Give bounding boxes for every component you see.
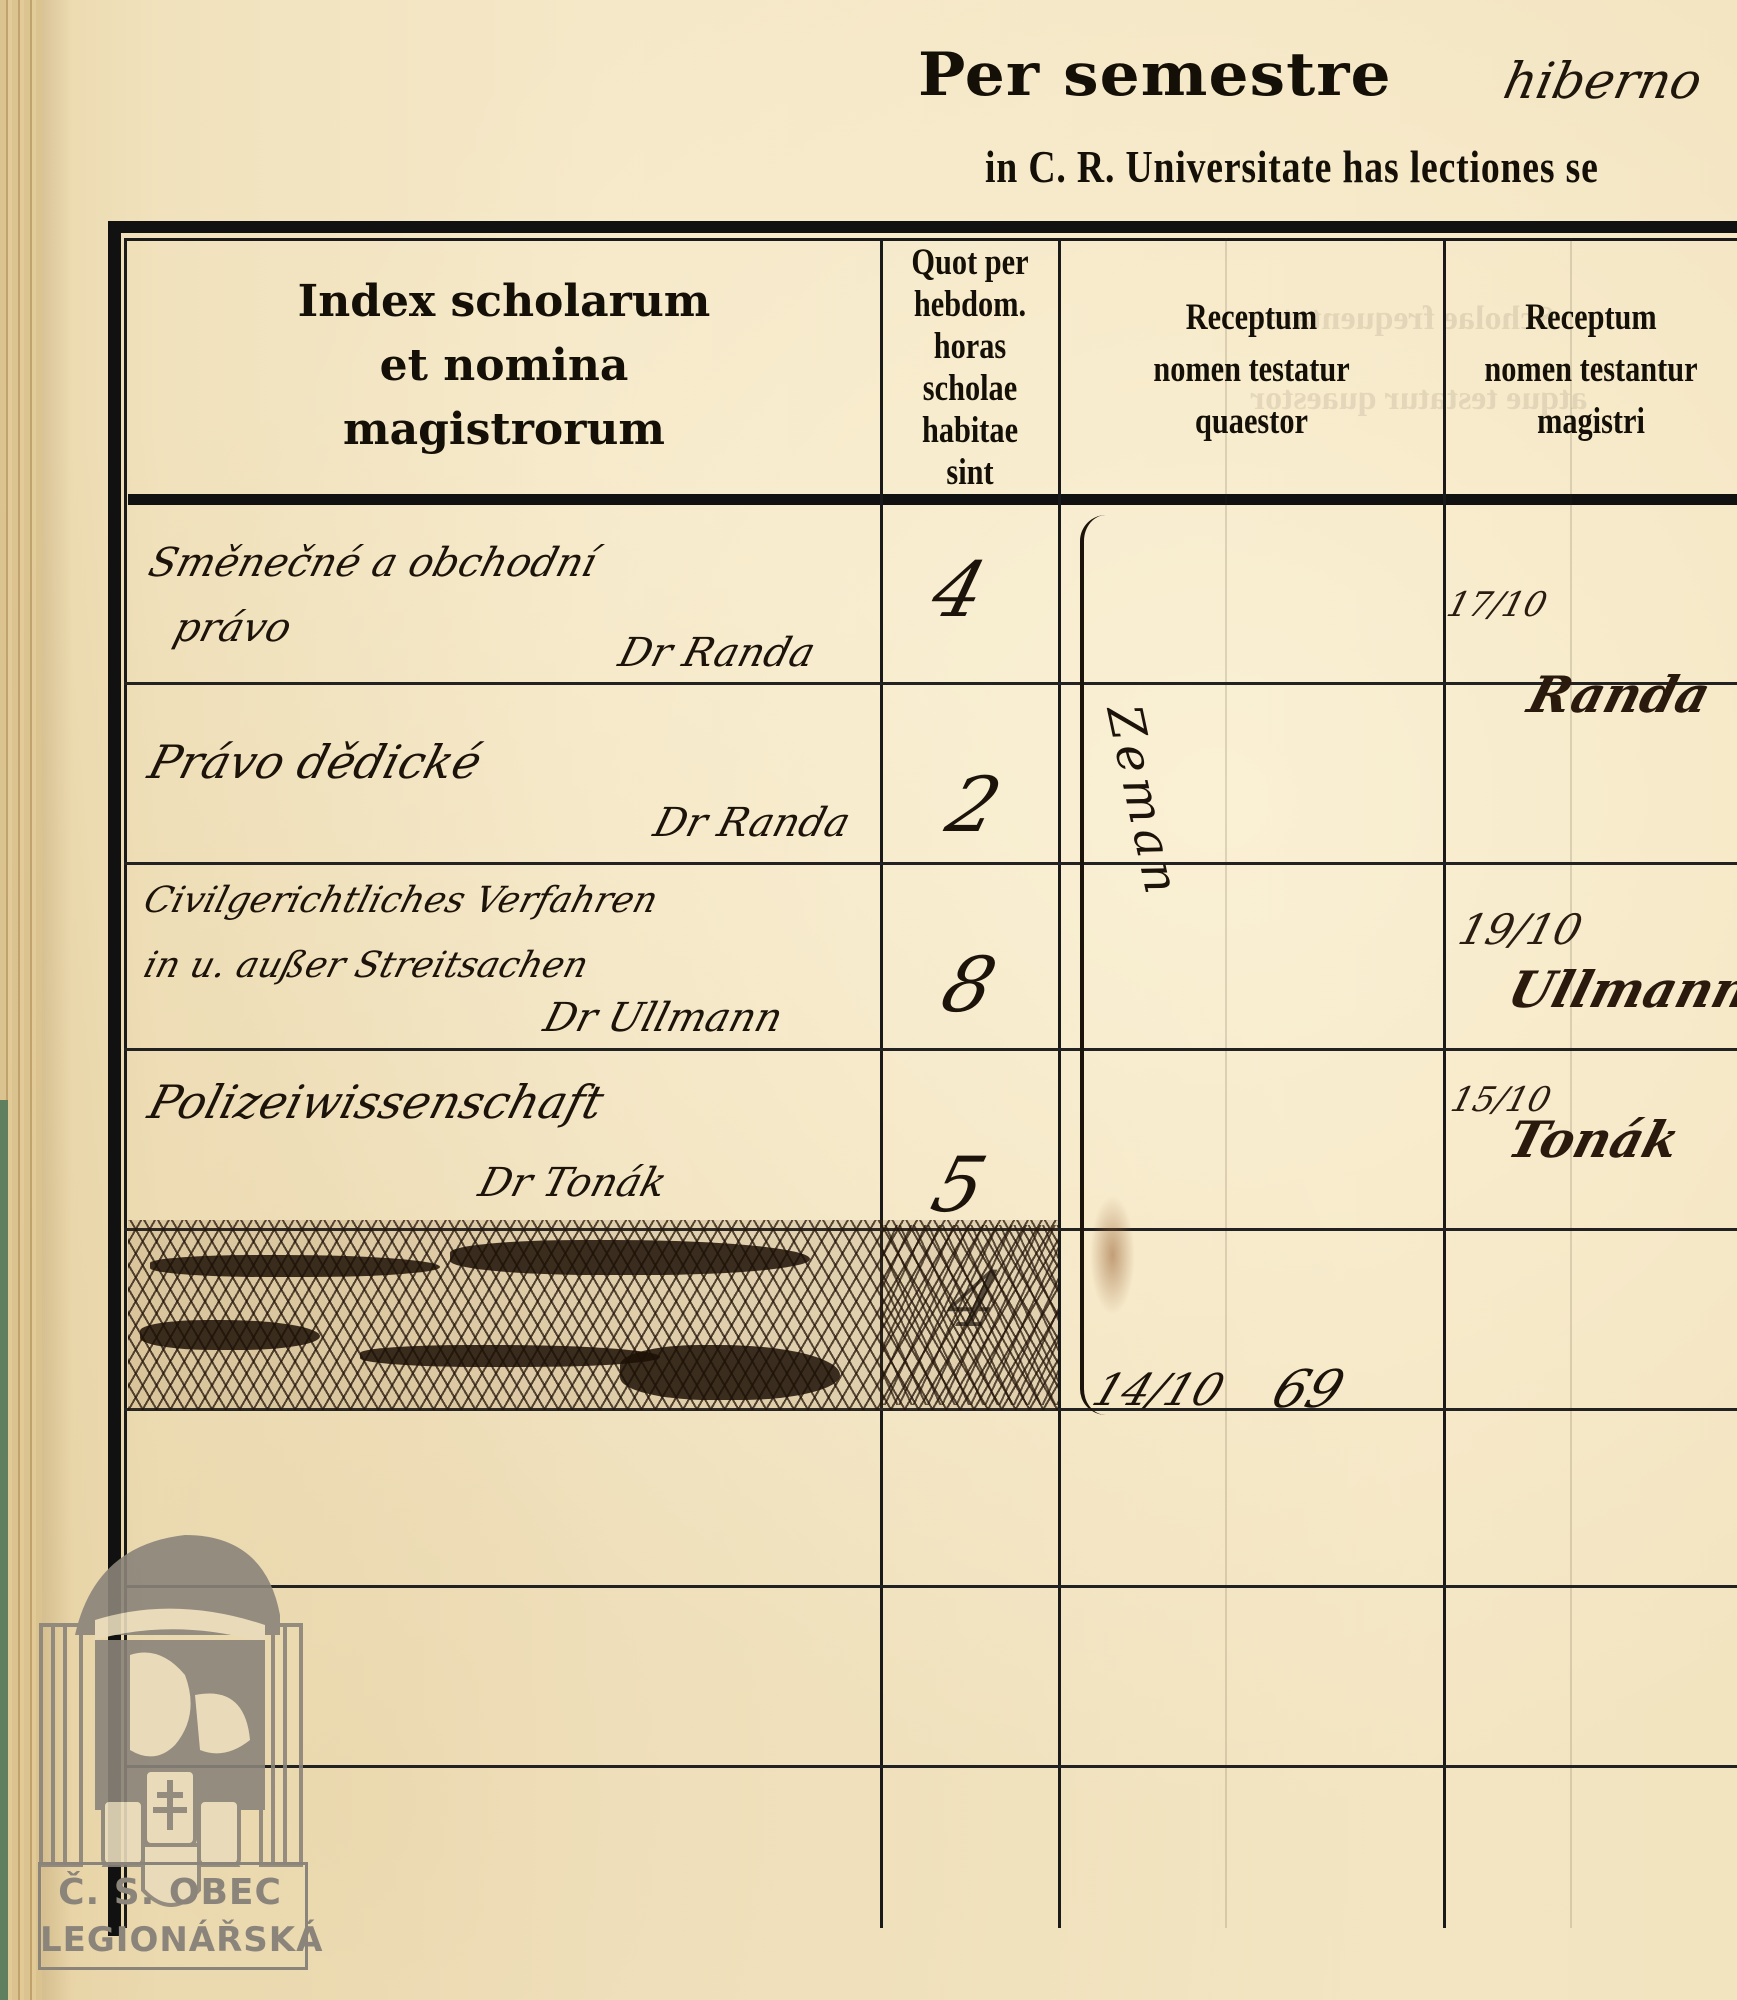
- stamp-line1: Č. S. OBEC: [40, 1872, 300, 1913]
- header-line: Index scholarum: [124, 270, 884, 334]
- magistri-signature: Tonák: [1502, 1110, 1686, 1169]
- header-line: Receptum: [1094, 292, 1408, 344]
- row-subject: Směnečné a obchodní: [144, 540, 602, 586]
- magistri-date: 17/10: [1443, 585, 1552, 625]
- document-subtitle: in C. R. Universitate has lectiones se: [985, 140, 1599, 193]
- header-line: et nomina: [124, 334, 884, 398]
- row-divider: [124, 1765, 1737, 1768]
- row-teacher: Dr Ullmann: [539, 995, 788, 1041]
- header-divider: [128, 494, 1737, 505]
- header-line: magistrorum: [124, 398, 884, 462]
- header-line: quaestor: [1094, 396, 1408, 448]
- row-divider: [124, 682, 1737, 685]
- header-line: hebdom.: [898, 284, 1042, 326]
- row-divider: [124, 1585, 1737, 1588]
- quaestor-date: 14/10: [1086, 1365, 1231, 1416]
- table-frame-top: [108, 221, 1737, 233]
- row-subject: Právo dědické: [143, 735, 488, 789]
- title-handwritten: hiberno: [1499, 52, 1707, 110]
- row-subject: in u. außer Streitsachen: [140, 945, 593, 986]
- row-divider: [124, 1048, 1737, 1051]
- column-divider: [1058, 238, 1061, 1928]
- header-line: nomen testatur: [1094, 344, 1408, 396]
- header-line: horas: [898, 326, 1042, 368]
- ink-stain: [1090, 1195, 1135, 1315]
- column-divider-faint: [1570, 238, 1572, 1928]
- table-frame-top-inner: [124, 238, 1737, 241]
- magistri-signature: Ullmann: [1502, 960, 1737, 1019]
- header-line: magistri: [1471, 396, 1710, 448]
- header-line: habitae: [898, 410, 1042, 452]
- row-subject: Polizeiwissenschaft: [143, 1075, 610, 1129]
- stamp-line2: LEGIONÁŘSKÁ: [40, 1920, 300, 1960]
- header-line: nomen testantur: [1471, 344, 1710, 396]
- header-line: sint: [898, 452, 1042, 494]
- cover-edge: [0, 1100, 8, 2000]
- ink-blot: [360, 1345, 660, 1367]
- magistri-signature: Randa: [1522, 665, 1717, 724]
- row-teacher: Dr Randa: [649, 800, 855, 846]
- header-magistri: Receptum nomen testantur magistri: [1471, 292, 1710, 448]
- row-subject: právo: [169, 605, 297, 651]
- header-line: scholae: [898, 368, 1042, 410]
- row-teacher: Dr Tonák: [474, 1160, 672, 1206]
- magistri-date: 19/10: [1453, 905, 1587, 954]
- column-divider: [880, 238, 883, 1928]
- header-line: Quot per: [898, 242, 1042, 284]
- header-index-scholarum: Index scholarum et nomina magistrorum: [124, 270, 884, 462]
- ink-blot: [450, 1240, 810, 1275]
- header-quaestor: Receptum nomen testatur quaestor: [1094, 292, 1408, 448]
- row-subject: Civilgerichtliches Verfahren: [140, 880, 663, 921]
- document-title: Per semestre: [918, 40, 1392, 110]
- header-hours: Quot per hebdom. horas scholae habitae s…: [898, 242, 1042, 494]
- ink-blot: [140, 1320, 320, 1350]
- row-divider: [124, 862, 1737, 865]
- column-divider: [1443, 238, 1446, 1928]
- ink-blot: [150, 1255, 440, 1277]
- header-line: Receptum: [1471, 292, 1710, 344]
- row-teacher: Dr Randa: [614, 630, 820, 676]
- column-divider-faint: [1225, 238, 1227, 1928]
